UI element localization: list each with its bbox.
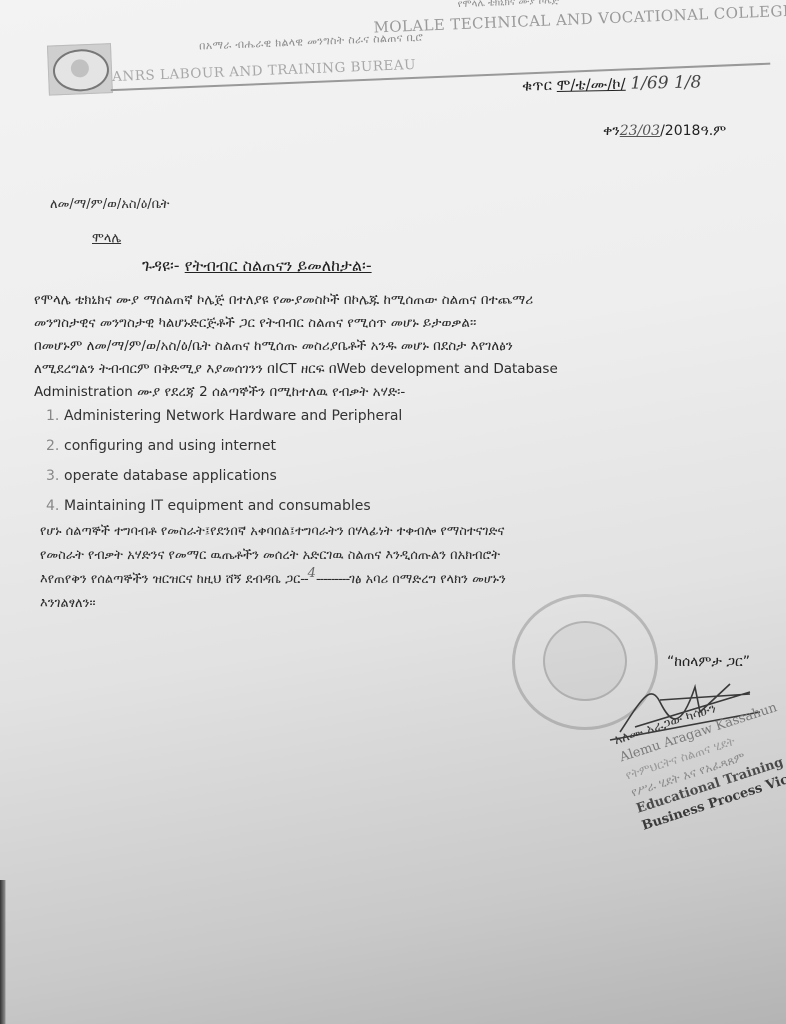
paragraph-line: የሞላሌ ቴክኒክና ሙያ ማሰልጠኛ ኮሌጅ በተለያዩ የሙያመስኮች በኮ… xyxy=(34,289,754,312)
list-item: 2.configuring and using internet xyxy=(46,431,402,461)
list-text: Maintaining IT equipment and consumables xyxy=(64,498,371,514)
list-number: 3. xyxy=(46,461,64,491)
list-number: 2. xyxy=(46,431,64,461)
list-number: 4. xyxy=(46,491,64,521)
competency-list: 1.Administering Network Hardware and Per… xyxy=(46,401,402,521)
paragraph-line: በመሆኑም ለመ/ማ/ም/ወ/አስ/ዕ/ቤት ስልጠና ከሚሰጡ መስሪያቤቶች… xyxy=(34,335,754,358)
letterhead-bureau-name: ANRS LABOUR AND TRAINING BUREAU xyxy=(112,57,416,85)
handwritten-page-count: 4 xyxy=(308,566,316,581)
subject-label: ጉዳዩ፡- xyxy=(142,256,180,275)
reference-value: ሞ/ቴ/ሙ/ኮ/ xyxy=(557,75,626,94)
body-paragraph-1: የሞላሌ ቴክኒክና ሙያ ማሰልጠኛ ኮሌጅ በተለያዩ የሙያመስኮች በኮ… xyxy=(34,289,754,404)
letterhead: የሞላሌ ቴክኒክና ሙያ ኮሌጅ በአማራ ብሔራዊ ክልላዊ መንግስት ስ… xyxy=(38,0,761,112)
list-item: 4.Maintaining IT equipment and consumabl… xyxy=(46,491,402,521)
college-seal-icon xyxy=(47,43,113,96)
date-printed: /2018ዓ.ም xyxy=(660,123,726,139)
addressee-location: ሞላሌ xyxy=(92,231,121,246)
line-text: እየጠየቅን የሰልጣኞችን ዝርዝርና ከዚህ ሸኝ ደብዳቤ ጋር xyxy=(40,572,300,587)
subject-text: የትብብር ስልጠናን ይመለከታል፡- xyxy=(185,256,372,275)
paragraph-line: የመስራት የብቃት አሃድንና የመማር ዉጤቶችን መሰረት አድርገዉ ስ… xyxy=(40,544,760,568)
paragraph-line: መንግስታዊና መንግስታዊ ካልሆኑድርጅቶች ጋር የትብብር ስልጠና የ… xyxy=(34,312,754,335)
list-item: 3.operate database applications xyxy=(46,461,402,491)
scanned-letter-page: የሞላሌ ቴክኒክና ሙያ ኮሌጅ በአማራ ብሔራዊ ክልላዊ መንግስት ስ… xyxy=(0,0,786,1024)
reference-label: ቁጥር xyxy=(522,76,552,95)
paragraph-line: እየጠየቅን የሰልጣኞችን ዝርዝርና ከዚህ ሸኝ ደብዳቤ ጋር--4--… xyxy=(40,568,760,592)
list-number: 1. xyxy=(46,401,64,431)
reference-handwritten: 1/69 1/8 xyxy=(630,72,701,93)
page-edge-shadow xyxy=(0,880,6,1024)
body-paragraph-2: የሆኑ ሰልጣኞች ተግባብቶ የመስራት፤የደንበኛ አቀባበል፤ተግባራትን… xyxy=(40,520,760,616)
list-text: Administering Network Hardware and Perip… xyxy=(64,408,402,424)
reference-number: ቁጥር ሞ/ቴ/ሙ/ኮ/ 1/69 1/8 xyxy=(522,72,702,95)
line-text: ገፅ አባሪ በማድረግ የላክን መሆኑን xyxy=(349,572,506,587)
paragraph-line: ለሚደረግልን ትብብርም በቅድሚያ እያመሰገንን በICT ዘርፍ በWe… xyxy=(34,358,754,381)
list-text: operate database applications xyxy=(64,468,277,484)
closing-greeting: “ከሰላምታ ጋር” xyxy=(667,654,750,670)
addressee: ለመ/ማ/ም/ወ/አስ/ዕ/ቤት xyxy=(50,197,169,212)
date-label: ቀን xyxy=(603,123,620,139)
list-item: 1.Administering Network Hardware and Per… xyxy=(46,401,402,431)
subject-line: ጉዳዩ፡- የትብብር ስልጠናን ይመለከታል፡- xyxy=(142,256,372,276)
list-text: configuring and using internet xyxy=(64,438,276,454)
letterhead-college-name: MOLALE TECHNICAL AND VOCATIONAL COLLEGE xyxy=(373,2,786,37)
letterhead-amharic-title: የሞላሌ ቴክኒክና ሙያ ኮሌጅ xyxy=(457,0,559,10)
letter-date: ቀን23/03/2018ዓ.ም xyxy=(603,123,726,139)
date-handwritten: 23/03 xyxy=(620,123,660,139)
paragraph-line: እንገልፃለን፡፡ xyxy=(40,592,760,616)
paragraph-line: የሆኑ ሰልጣኞች ተግባብቶ የመስራት፤የደንበኛ አቀባበል፤ተግባራትን… xyxy=(40,520,760,544)
